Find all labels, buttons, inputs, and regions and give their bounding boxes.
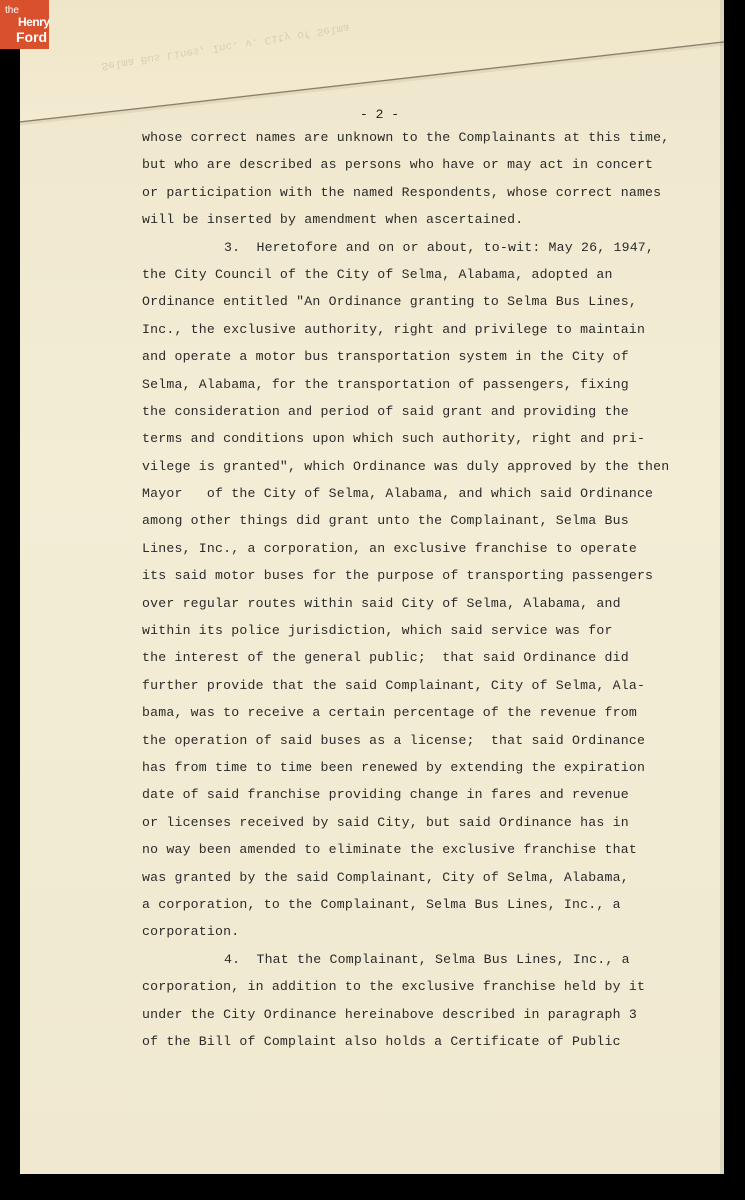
text-line: or participation with the named Responde… <box>142 185 702 212</box>
text-line: Lines, Inc., a corporation, an exclusive… <box>142 541 702 568</box>
text-line: the operation of said buses as a license… <box>142 733 702 760</box>
text-line: of the Bill of Complaint also holds a Ce… <box>142 1034 702 1061</box>
text-line: or licenses received by said City, but s… <box>142 815 702 842</box>
text-line: the interest of the general public; that… <box>142 650 702 677</box>
text-line: its said motor buses for the purpose of … <box>142 568 702 595</box>
text-line: Ordinance entitled "An Ordinance grantin… <box>142 294 702 321</box>
text-line: among other things did grant unto the Co… <box>142 513 702 540</box>
text-line: within its police jurisdiction, which sa… <box>142 623 702 650</box>
text-line: date of said franchise providing change … <box>142 787 702 814</box>
text-line: was granted by the said Complainant, Cit… <box>142 870 702 897</box>
text-line: whose correct names are unknown to the C… <box>142 130 702 157</box>
text-line: bama, was to receive a certain percentag… <box>142 705 702 732</box>
text-line: Mayor of the City of Selma, Alabama, and… <box>142 486 702 513</box>
page-number: - 2 - <box>360 107 399 122</box>
text-line: a corporation, to the Complainant, Selma… <box>142 897 702 924</box>
text-line: corporation, in addition to the exclusiv… <box>142 979 702 1006</box>
text-line: but who are described as persons who hav… <box>142 157 702 184</box>
text-line: further provide that the said Complainan… <box>142 678 702 705</box>
logo-ford: Ford <box>16 30 47 44</box>
text-line: the consideration and period of said gra… <box>142 404 702 431</box>
logo-henry: Henry <box>18 16 50 28</box>
henry-ford-logo: the Henry Ford <box>0 0 49 49</box>
logo-the: the <box>5 6 19 16</box>
document-page: Selma Bus Lines, Inc. v. City of Selma -… <box>20 0 724 1174</box>
text-line: will be inserted by amendment when ascer… <box>142 212 702 239</box>
text-line: no way been amended to eliminate the exc… <box>142 842 702 869</box>
text-line: and operate a motor bus transportation s… <box>142 349 702 376</box>
text-line: terms and conditions upon which such aut… <box>142 431 702 458</box>
paragraph-4-start: 4. That the Complainant, Selma Bus Lines… <box>142 952 702 979</box>
paragraph-3-start: 3. Heretofore and on or about, to-wit: M… <box>142 240 702 267</box>
text-line: over regular routes within said City of … <box>142 596 702 623</box>
text-line: Selma, Alabama, for the transportation o… <box>142 377 702 404</box>
document-body: whose correct names are unknown to the C… <box>142 130 702 1061</box>
page-edge <box>720 0 724 1174</box>
text-line: vilege is granted", which Ordinance was … <box>142 459 702 486</box>
text-line: the City Council of the City of Selma, A… <box>142 267 702 294</box>
text-line: corporation. <box>142 924 702 951</box>
text-line: has from time to time been renewed by ex… <box>142 760 702 787</box>
text-line: under the City Ordinance hereinabove des… <box>142 1007 702 1034</box>
text-line: Inc., the exclusive authority, right and… <box>142 322 702 349</box>
